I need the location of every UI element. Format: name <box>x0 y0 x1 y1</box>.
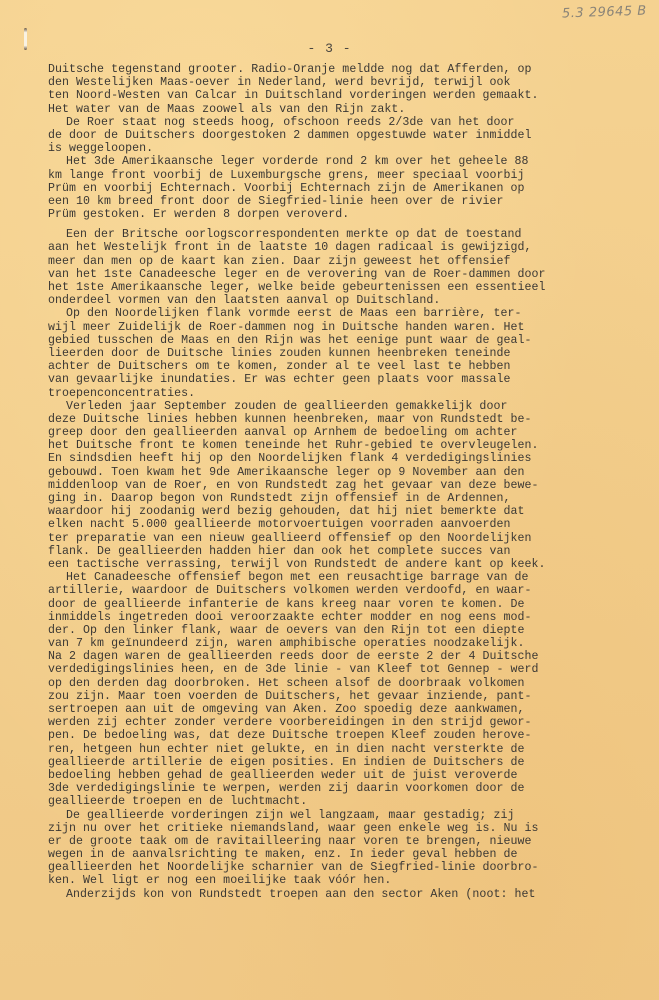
text-line: pen. De bedoeling was, dat deze Duitsche… <box>48 729 648 742</box>
text-line: wijl meer Zuidelijk de Roer-dammen nog i… <box>48 321 648 334</box>
text-line: Na 2 dagen waren de geallieerden reeds d… <box>48 650 648 663</box>
text-line: van het 1ste Canadeesche leger en de ver… <box>48 268 648 281</box>
text-line: Prüm en voorbij Echternach. Voorbij Echt… <box>48 182 648 195</box>
paragraph: Anderzijds kon von Rundstedt troepen aan… <box>48 888 648 901</box>
text-line: de door de Duitschers doorgestoken 2 dam… <box>48 129 648 142</box>
paragraph: Een der Britsche oorlogscorrespondenten … <box>48 228 648 307</box>
text-line: sertroepen aan uit de omgeving van Aken.… <box>48 703 648 716</box>
text-line: van gevaarlijke inundaties. Er was echte… <box>48 373 648 386</box>
text-line: elken nacht 5.000 geallieerde motorvoert… <box>48 518 648 531</box>
text-line: gebouwd. Toen kwam het 9de Amerikaansche… <box>48 466 648 479</box>
text-line: ren, hetgeen hun echter niet gelukte, en… <box>48 743 648 756</box>
text-line: Op den Noordelijken flank vormde eerst d… <box>48 307 648 320</box>
text-line: Het 3de Amerikaansche leger vorderde ron… <box>48 155 648 168</box>
text-line: Duitsche tegenstand grooter. Radio-Oranj… <box>48 63 648 76</box>
text-line: werden zij echter zonder verdere voorber… <box>48 716 648 729</box>
text-line: Het Canadeesche offensief begon met een … <box>48 571 648 584</box>
text-line: ter preparatie van een nieuw geallieerd … <box>48 532 648 545</box>
paragraph-gap <box>48 221 648 228</box>
text-line: troepenconcentraties. <box>48 387 648 400</box>
text-line: 3de verdedigingslinie te werpen, werden … <box>48 782 648 795</box>
text-line: geallieerde troepen en de luchtmacht. <box>48 795 648 808</box>
paragraph: De geallieerde vorderingen zijn wel lang… <box>48 809 648 888</box>
text-line: Verleden jaar September zouden de gealli… <box>48 400 648 413</box>
text-line: De geallieerde vorderingen zijn wel lang… <box>48 809 648 822</box>
text-line: Het water van de Maas zoowel als van den… <box>48 103 648 116</box>
text-line: bedoeling hebben gehad de geallieerden w… <box>48 769 648 782</box>
text-line: En sindsdien heeft hij op den Noordelijk… <box>48 452 648 465</box>
text-line: lieerden door de Duitsche linies zouden … <box>48 347 648 360</box>
text-line: gebied tusschen de Maas en den Rijn was … <box>48 334 648 347</box>
text-line: ten Noord-Westen van Calcar in Duitschla… <box>48 89 648 102</box>
text-line: een tactische verrassing, terwijl von Ru… <box>48 558 648 571</box>
document-page: 5.3 29645 B - 3 - Duitsche tegenstand gr… <box>0 0 659 1000</box>
text-line: inmiddels ingetreden dooi veroorzaakte e… <box>48 611 648 624</box>
text-line: waardoor hij zoodanig werd bezig gehoude… <box>48 505 648 518</box>
text-line: is weggeloopen. <box>48 142 648 155</box>
text-line: een 10 km breed front door de Siegfried-… <box>48 195 648 208</box>
text-line: aan het Westelijk front in de laatste 10… <box>48 241 648 254</box>
text-line: ken. Wel ligt er nog een moeilijke taak … <box>48 874 648 887</box>
text-line: zou zijn. Maar toen voerden de Duitscher… <box>48 690 648 703</box>
text-line: geallieerden het Noordelijke scharnier v… <box>48 861 648 874</box>
text-line: verdedigingslinies heen, en de 3de linie… <box>48 663 648 676</box>
text-line: van 7 km geïnundeerd zijn, waren amphibi… <box>48 637 648 650</box>
paragraph: Het 3de Amerikaansche leger vorderde ron… <box>48 155 648 221</box>
text-line: het 1ste Amerikaansche leger, welke beid… <box>48 281 648 294</box>
paragraph: De Roer staat nog steeds hoog, ofschoon … <box>48 116 648 156</box>
text-line: der. Op den linker flank, waar de oevers… <box>48 624 648 637</box>
typewritten-body: Duitsche tegenstand grooter. Radio-Oranj… <box>48 63 648 901</box>
text-line: artillerie, waardoor de Duitschers volko… <box>48 584 648 597</box>
text-line: geallieerde artillerie de eigen posities… <box>48 756 648 769</box>
text-line: Prüm gestoken. Er werden 8 dorpen verove… <box>48 208 648 221</box>
paragraph: Op den Noordelijken flank vormde eerst d… <box>48 307 648 399</box>
text-line: Een der Britsche oorlogscorrespondenten … <box>48 228 648 241</box>
text-line: km lange front voorbij de Luxemburgsche … <box>48 169 648 182</box>
text-line: het Duitsche front te komen teneinde het… <box>48 439 648 452</box>
text-line: De Roer staat nog steeds hoog, ofschoon … <box>48 116 648 129</box>
text-line: flank. De geallieerden hadden hier dan o… <box>48 545 648 558</box>
text-line: Anderzijds kon von Rundstedt troepen aan… <box>48 888 648 901</box>
paragraph: Het Canadeesche offensief begon met een … <box>48 571 648 808</box>
text-line: den Westelijken Maas-oever in Nederland,… <box>48 76 648 89</box>
text-line: op den derden dag doorbroken. Het scheen… <box>48 677 648 690</box>
text-line: door de geallieerde infanterie de kans k… <box>48 598 648 611</box>
text-line: zijn nu over het critieke niemandsland, … <box>48 822 648 835</box>
text-line: ging in. Daarop begon von Rundstedt zijn… <box>48 492 648 505</box>
text-line: deze Duitsche linies hebben kunnen heenb… <box>48 413 648 426</box>
text-line: wegen in de aanvalsrichting te maken, en… <box>48 848 648 861</box>
paragraph: Verleden jaar September zouden de gealli… <box>48 400 648 571</box>
page-number: - 3 - <box>0 41 659 56</box>
archive-number: 5.3 29645 B <box>562 4 647 22</box>
text-line: achter de Duitschers om te komen, zonder… <box>48 360 648 373</box>
text-line: meer dan men op de kaart kan zien. Daar … <box>48 255 648 268</box>
text-line: greep door den geallieerden aanval op Ar… <box>48 426 648 439</box>
paragraph: Duitsche tegenstand grooter. Radio-Oranj… <box>48 63 648 116</box>
text-line: middenloop van de Roer, en von Rundstedt… <box>48 479 648 492</box>
text-line: onderdeel vormen van den laatsten aanval… <box>48 294 648 307</box>
text-line: er de groote taak om de ravitailleering … <box>48 835 648 848</box>
